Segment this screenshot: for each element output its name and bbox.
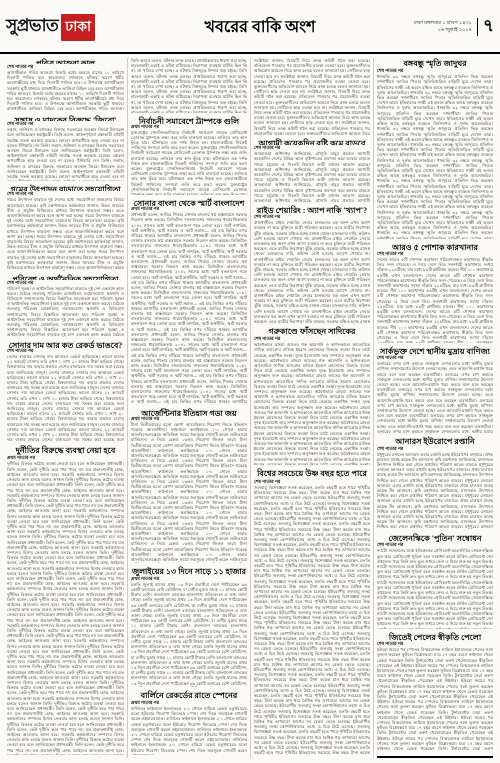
article-headline: জেলেনস্কিকে 'পুতিন' সম্বোধন [377, 533, 493, 543]
article-gold-price: সোনার দাম আর কত রেকর্ড ভাঙবে? শেষ পাতার … [7, 340, 124, 442]
article-continuation: সংশ্লিষ্টরা জানান, বিষয়টি নিয়ে তদন্ত ক… [254, 58, 370, 135]
column-4: বঙ্গবন্ধু স্মৃতি জাদুঘর শেষ পাতার পর ধান… [373, 58, 496, 758]
article-headline: আগামী কয়েকদিন বৃষ্টি কমে বাড়বে [254, 138, 370, 145]
dateline-block: ঢাকা মঙ্গলবার ১ শ্রাবণ ১৪৩১ ১৬ জুলাই ২০২… [369, 13, 494, 41]
article-argentina-copa: আর্জেন্টিনার ইতিহাস গড়া জয় প্রথম পাতার… [131, 408, 247, 563]
article-body: ধানমন্ডি ৩২ নম্বরে বঙ্গবন্ধু স্মৃতি জাদু… [377, 74, 493, 239]
article-body: আগামীকাল পবিত্র আশুরা। হিজরি বর্ষের মহরর… [7, 70, 124, 112]
article-headline: সোনার দাম আর কত রেকর্ড ভাঙবে? [7, 340, 124, 347]
article-body: প্রধানমন্ত্রী বলেন, জাতির পিতার সোনার বা… [131, 212, 247, 404]
article-body: চলতি জুলাই মাসের প্রথম ১৩ দিনে প্রবাসীরা… [131, 582, 247, 687]
article-headline: আর্জেন্টিনার ইতিহাস গড়া জয় [131, 408, 247, 416]
article-body: গমের উৎপাদন বাড়াতে দুই দেশের মধ্যে সহযো… [7, 197, 124, 270]
article-body: জলবায়ু বিশেষজ্ঞরা সতর্ক করেছেন, চলতি বছ… [254, 485, 370, 755]
article-zero-tolerance: সন্ত্রাস ও মাদকের বিরুদ্ধে 'জিরো' শেষ পা… [7, 115, 124, 182]
article-headline: বঙ্গবন্ধু স্মৃতি জাদুঘর [377, 58, 493, 68]
article-headline: জিতেই পেলের স্বীকৃতি পেলো [377, 632, 493, 641]
dateline: ঢাকা মঙ্গলবার ১ শ্রাবণ ১৪৩১ ১৬ জুলাই ২০২… [414, 20, 472, 35]
article-spain-euro: বার্লিনে রেকর্ডের রাতে স্পেনের প্রথম পাত… [131, 690, 247, 755]
article-body: দেশের আরও ৫টি পোশাক কারখানা পরিবেশবান্ধব… [377, 257, 493, 343]
article-garment-factories: আরও ৫ পোশাক কারখানার শেষ পাতার পর দেশের … [377, 242, 493, 342]
article-zelensky-putin: জেলেনস্কিকে 'পুতিন' সম্বোধন শেষ পাতার পর… [377, 533, 493, 629]
article-headline: নির্বাচনী সমাবেশে ট্রাম্পকে গুলি [131, 116, 247, 124]
article-headline: দুর্নীতির বিরুদ্ধে ব্যবস্থা নেয়া হবে [7, 445, 124, 455]
article-body: টানা দ্বিতীয়বারের মতো কোপা আমেরিকার শির… [131, 422, 247, 563]
article-warmest-year: বিশ্বের সবচেয়ে উষ্ণ বছর হতে পারে শেষ পা… [254, 468, 370, 755]
article-headline: গমের উৎপাদন বাড়াতে সহযোগিতা [7, 184, 124, 191]
article-body: তিনি আরও বলেন, ঘটনার তদন্ত চলছে। প্রাথমি… [131, 58, 247, 113]
article-body: মধুপুরের রসালো আনারস এবার রপ্তানি হচ্ছে … [377, 452, 493, 530]
dateline-gregorian: ১৬ জুলাই ২০২৪ [414, 27, 472, 35]
article-body: দেশের বাজারে সোনার দাম আবারও রেকর্ড ছাড়… [7, 354, 124, 442]
article-body: ন্যাটো সম্মেলনের মঞ্চে ইউক্রেনের প্রেসিড… [377, 548, 493, 629]
article-saarc-currency-trade: সার্কভুক্ত দেশে স্থানীয় মুদ্রায় বাণিজ্… [377, 346, 493, 434]
article-sadiq-agro: গরুকাণ্ডে ফাঁসছেন সাদিকের শেষ পাতার পর অ… [254, 326, 370, 466]
article-environment-economy: পরিবেশ ও অর্থনৈতিক সহযোগিতা শেষ পাতার পর… [7, 274, 124, 338]
article-weather-rain: আগামী কয়েকদিন বৃষ্টি কমে বাড়বে শেষ পাত… [254, 138, 370, 202]
article-ashura: পবিত্র আশুরা কাল শেষ পাতার পর আগামীকাল প… [7, 58, 124, 112]
article-body: দুর্নীতির বিরুদ্ধে কঠোর ব্যবস্থা নেওয়া … [7, 461, 124, 755]
article-body: পরিবেশ সুরক্ষা ও অর্থনৈতিক সহযোগিতা বাড়… [7, 286, 124, 338]
article-headline: রাইড শেয়ারিং : অ্যাপ নাকি 'খ্যাপ'? [254, 205, 370, 214]
article-headline: সোনার বাংলা থেকে স্মার্ট বাংলাদেশ [131, 198, 247, 206]
article-ride-sharing: রাইড শেয়ারিং : অ্যাপ নাকি 'খ্যাপ'? শেষ … [254, 205, 370, 322]
article-pineapple-export: আনারস ইউরোপে রপ্তানি শেষ পাতার পর মধুপুর… [377, 436, 493, 530]
article-body: সংশ্লিষ্টরা জানান, বিষয়টি নিয়ে তদন্ত ক… [254, 58, 370, 135]
news-columns: পবিত্র আশুরা কাল শেষ পাতার পর আগামীকাল প… [0, 54, 500, 758]
article-headline: জুলাইয়ের ১৩ দিনে সাড়ে ১১ হাজার [131, 566, 247, 576]
page-number: ৭ [483, 13, 494, 41]
end-of-column-rule [377, 756, 493, 758]
article-anti-corruption: দুর্নীতির বিরুদ্ধে ব্যবস্থা নেয়া হবে প্… [7, 445, 124, 755]
dateline-bangla: ঢাকা মঙ্গলবার ১ শ্রাবণ ১৪৩১ [414, 20, 472, 28]
dateline-divider [477, 18, 478, 36]
article-body: যুক্তরাষ্ট্রের পেনসিলভানিয়ায় নির্বাচনী… [131, 130, 247, 196]
logo-word-dhaka: ঢাকা [61, 14, 95, 41]
article-body: ডলারের ওপর চাপ কমাতে সার্কভুক্ত দেশগুলোর… [377, 361, 493, 433]
article-headline: আরও ৫ পোশাক কারখানার [377, 242, 493, 251]
article-body: বার্লিনের ফাইনালে ইংল্যান্ডকে ২-১ গোলে হ… [131, 706, 247, 755]
logo-word-suprobhat: সুপ্রভাত [6, 13, 58, 41]
article-body: রাজধানীতে রাইড শেয়ারিং সেবার চালকদের বড… [254, 220, 370, 323]
article-headline: গরুকাণ্ডে ফাঁসছেন সাদিকের [254, 326, 370, 336]
article-bangabandhu-museum: বঙ্গবন্ধু স্মৃতি জাদুঘর শেষ পাতার পর ধান… [377, 58, 493, 239]
article-trump-shooting: নির্বাচনী সমাবেশে ট্রাম্পকে গুলি প্রথম প… [131, 116, 247, 195]
article-headline: বার্লিনে রেকর্ডের রাতে স্পেনের [131, 690, 247, 700]
article-continuation: তিনি আরও বলেন, ঘটনার তদন্ত চলছে। প্রাথমি… [131, 58, 247, 113]
section-title: খবরের বাকি অংশ [151, 14, 369, 41]
article-body: আবহাওয়া অধিদপ্তর জানিয়েছে, মৌসুমি বায়… [254, 151, 370, 202]
column-1: পবিত্র আশুরা কাল শেষ পাতার পর আগামীকাল প… [4, 58, 127, 758]
article-headline: সার্কভুক্ত দেশে স্থানীয় মুদ্রায় বাণিজ্… [377, 346, 493, 356]
article-headline: বিশ্বের সবচেয়ে উষ্ণ বছর হতে পারে [254, 468, 370, 479]
article-pele-recognition: জিতেই পেলের স্বীকৃতি পেলো শেষ পাতার পর ই… [377, 632, 493, 750]
article-smart-bangladesh: সোনার বাংলা থেকে স্মার্ট বাংলাদেশ প্রথম … [131, 198, 247, 404]
newspaper-logo: সুপ্রভাত ঢাকা [6, 13, 151, 41]
column-2: তিনি আরও বলেন, ঘটনার তদন্ত চলছে। প্রাথমি… [127, 58, 250, 758]
article-headline: আনারস ইউরোপে রপ্তানি [377, 436, 493, 445]
masthead: সুপ্রভাত ঢাকা খবরের বাকি অংশ ঢাকা মঙ্গলব… [0, 0, 500, 54]
article-wheat-production: গমের উৎপাদন বাড়াতে সহযোগিতা শেষ পাতার প… [7, 184, 124, 270]
column-3: সংশ্লিষ্টরা জানান, বিষয়টি নিয়ে তদন্ত ক… [250, 58, 373, 758]
article-remittance: জুলাইয়ের ১৩ দিনে সাড়ে ১১ হাজার প্রথম প… [131, 566, 247, 687]
article-body: সন্ত্রাস, জঙ্গিবাদ ও মাদকের বিরুদ্ধে সরক… [7, 127, 124, 181]
article-body: অবৈধভাবে ব্রাহমা জাতের গরু আমদানি ও ছাগল… [254, 342, 370, 465]
article-body: ইউরো জয়ের পর স্পেনের বিস্ময়বালক লামিনে… [377, 647, 493, 750]
